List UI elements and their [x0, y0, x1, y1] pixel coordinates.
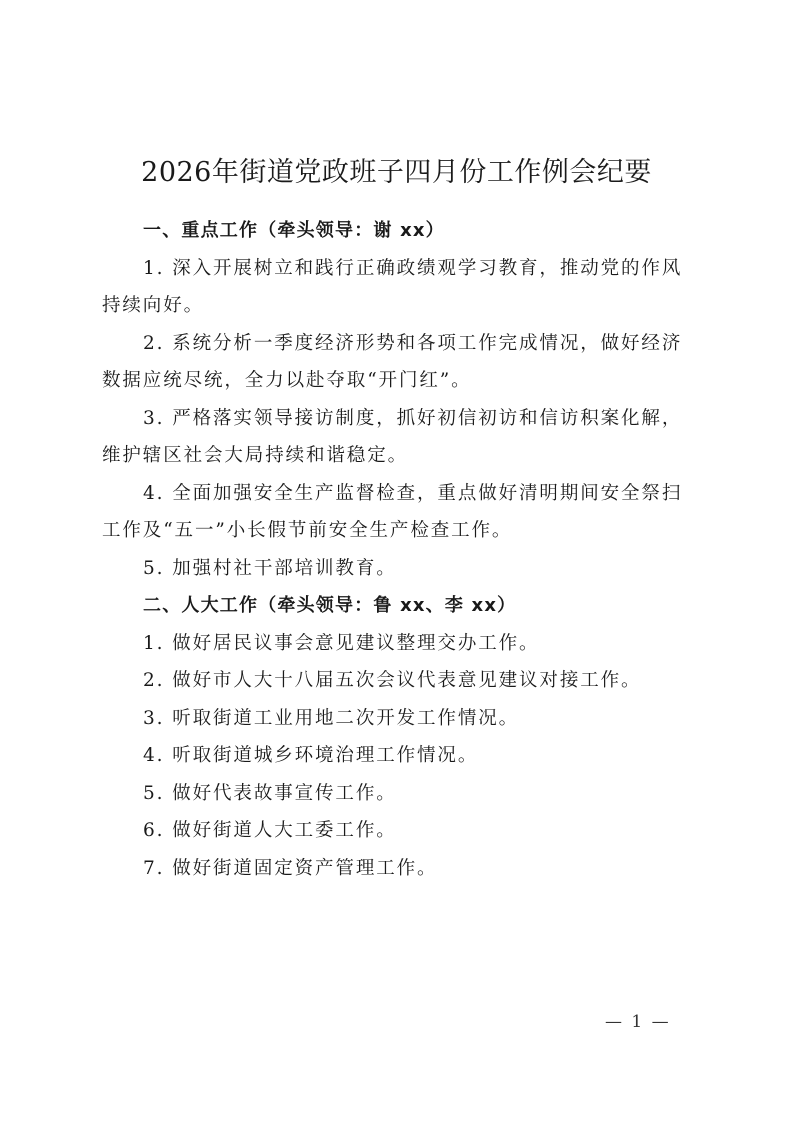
text-line: 3. 听取街道工业用地二次开发工作情况。	[102, 700, 698, 738]
list-item: 7. 做好街道固定资产管理工作。	[102, 850, 698, 888]
text-line: 1. 做好居民议事会意见建议整理交办工作。	[102, 625, 698, 663]
list-item: 6. 做好街道人大工委工作。	[102, 812, 698, 850]
list-item: 1. 深入开展树立和践行正确政绩观学习教育，推动党的作风 持续向好。	[102, 250, 698, 325]
list-item: 4. 全面加强安全生产监督检查，重点做好清明期间安全祭扫 工作及“五一”小长假节…	[102, 475, 698, 550]
text-line: 2. 系统分析一季度经济形势和各项工作完成情况，做好经济	[102, 325, 698, 363]
text-line: 持续向好。	[102, 287, 698, 325]
text-line: 1. 深入开展树立和践行正确政绩观学习教育，推动党的作风	[102, 250, 698, 288]
text-line: 5. 加强村社干部培训教育。	[102, 550, 698, 588]
section-heading-key-work: 一、重点工作（牵头领导：谢 xx）	[102, 212, 698, 250]
list-item: 2. 做好市人大十八届五次会议代表意见建议对接工作。	[102, 662, 698, 700]
text-line: 数据应统尽统，全力以赴夺取“开门红”。	[102, 362, 698, 400]
list-item: 5. 做好代表故事宣传工作。	[102, 775, 698, 813]
section-heading-npc-work: 二、人大工作（牵头领导：鲁 xx、李 xx）	[102, 587, 698, 625]
list-item: 2. 系统分析一季度经济形势和各项工作完成情况，做好经济 数据应统尽统，全力以赴…	[102, 325, 698, 400]
document-body: 一、重点工作（牵头领导：谢 xx） 1. 深入开展树立和践行正确政绩观学习教育，…	[102, 212, 698, 887]
list-item: 3. 严格落实领导接访制度，抓好初信初访和信访积案化解， 维护辖区社会大局持续和…	[102, 400, 698, 475]
text-line: 5. 做好代表故事宣传工作。	[102, 775, 698, 813]
text-line: 6. 做好街道人大工委工作。	[102, 812, 698, 850]
document-title: 2026年街道党政班子四月份工作例会纪要	[0, 150, 793, 189]
list-item: 5. 加强村社干部培训教育。	[102, 550, 698, 588]
text-line: 7. 做好街道固定资产管理工作。	[102, 850, 698, 888]
text-line: 4. 全面加强安全生产监督检查，重点做好清明期间安全祭扫	[102, 475, 698, 513]
list-item: 1. 做好居民议事会意见建议整理交办工作。	[102, 625, 698, 663]
text-line: 3. 严格落实领导接访制度，抓好初信初访和信访积案化解，	[102, 400, 698, 438]
text-line: 4. 听取街道城乡环境治理工作情况。	[102, 737, 698, 775]
text-line: 2. 做好市人大十八届五次会议代表意见建议对接工作。	[102, 662, 698, 700]
document-page: 2026年街道党政班子四月份工作例会纪要 一、重点工作（牵头领导：谢 xx） 1…	[0, 0, 793, 1122]
text-line: 维护辖区社会大局持续和谐稳定。	[102, 437, 698, 475]
text-line: 工作及“五一”小长假节前安全生产检查工作。	[102, 512, 698, 550]
list-item: 4. 听取街道城乡环境治理工作情况。	[102, 737, 698, 775]
page-number: — 1 —	[605, 1012, 671, 1032]
list-item: 3. 听取街道工业用地二次开发工作情况。	[102, 700, 698, 738]
